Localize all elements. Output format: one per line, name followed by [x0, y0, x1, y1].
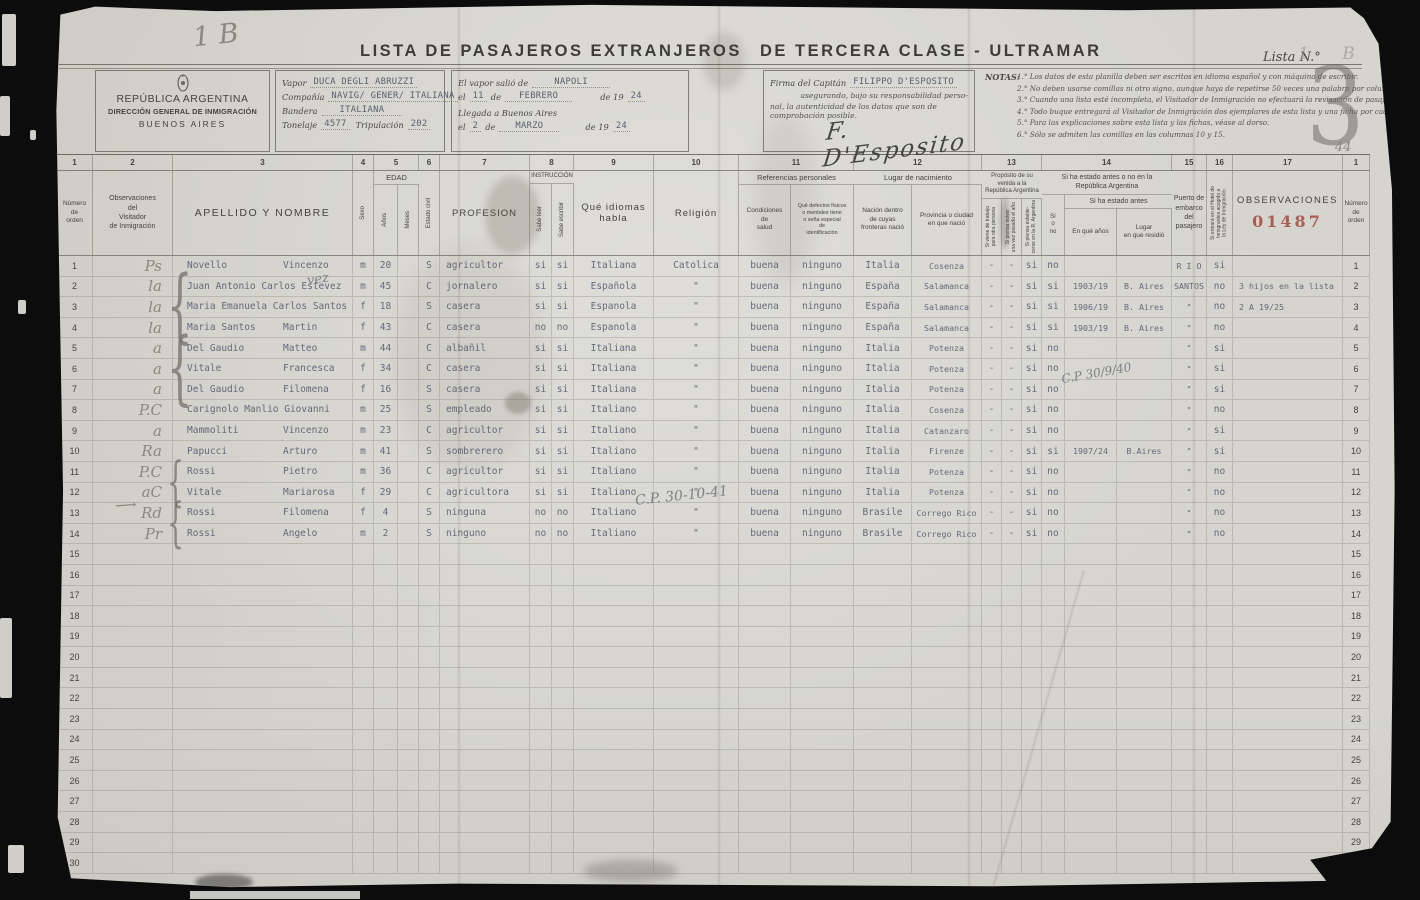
cell-n-right: 22	[1343, 688, 1370, 708]
cell-sx	[353, 791, 374, 811]
cell-df	[791, 586, 854, 606]
cell-an: 20	[374, 256, 398, 276]
cell-le	[530, 668, 552, 688]
cell-n: 10	[57, 441, 93, 461]
cell-pr: Cosenza	[912, 400, 982, 420]
cell-rl	[654, 771, 739, 791]
column-number: 2	[93, 155, 173, 170]
cell-me	[398, 606, 419, 626]
cell-me	[398, 709, 419, 729]
agency-country: REPÚBLICA ARGENTINA	[102, 93, 263, 105]
header-observaciones-visitador: Observaciones del Visitador de Inmigraci…	[93, 171, 173, 255]
column-number: 4	[353, 155, 374, 170]
cell-sa: buena	[739, 297, 791, 317]
cell-n: 19	[57, 627, 93, 647]
cell-si	[1042, 544, 1065, 564]
cell-name: Del GaudioFilomena	[173, 380, 353, 400]
cell-me	[398, 812, 419, 832]
header-sabe-escribir: Sabe escribir	[552, 184, 574, 256]
cell-rl	[654, 647, 739, 667]
cell-obs-visitador: P.C	[93, 462, 173, 482]
cell-obs-visitador	[93, 750, 173, 770]
cell-si: no	[1042, 338, 1065, 358]
llegada-ano: 24	[613, 121, 630, 132]
cell-p2	[1002, 668, 1022, 688]
captain-statement-line1: asegurando, bajo su responsabilidad pers…	[770, 91, 968, 100]
cell-n: 8	[57, 400, 93, 420]
cell-na: Italia	[854, 380, 912, 400]
cell-ec	[419, 668, 440, 688]
salida-label: El vapor salió de	[458, 78, 528, 88]
column-number: 6	[419, 155, 440, 170]
header-numero-orden-right: Número de orden	[1343, 171, 1370, 255]
cell-pt	[1172, 647, 1207, 667]
cell-pf: casera	[440, 359, 530, 379]
cell-ob	[1233, 627, 1343, 647]
cell-na	[854, 606, 912, 626]
cell-pt: "	[1172, 359, 1207, 379]
cell-lu	[1117, 503, 1172, 523]
cell-name	[173, 688, 353, 708]
cell-ht	[1207, 668, 1233, 688]
cell-pt: "	[1172, 338, 1207, 358]
table-row: 3030	[57, 853, 1370, 874]
cell-df	[791, 627, 854, 647]
cell-ec: C	[419, 318, 440, 338]
column-number: 5	[374, 155, 419, 170]
cell-lu	[1117, 647, 1172, 667]
cell-ay	[1065, 462, 1117, 482]
cell-na	[854, 771, 912, 791]
cell-id: Italiano	[574, 421, 654, 441]
cell-ob	[1233, 647, 1343, 667]
llegada-dia: 2	[470, 121, 482, 132]
cell-si: no	[1042, 421, 1065, 441]
cell-p3	[1022, 791, 1042, 811]
header-profesion: PROFESION	[440, 171, 530, 255]
cell-obs-visitador	[93, 730, 173, 750]
cell-n-right: 11	[1343, 462, 1370, 482]
cell-ay	[1065, 524, 1117, 544]
cell-p2	[1002, 853, 1022, 873]
cell-na: España	[854, 318, 912, 338]
cell-le: si	[530, 256, 552, 276]
cell-rl: "	[654, 503, 739, 523]
cell-an	[374, 586, 398, 606]
cell-pf: jornalero	[440, 277, 530, 297]
cell-pt: SANTOS	[1172, 277, 1207, 297]
cell-me	[398, 586, 419, 606]
cell-pf	[440, 544, 530, 564]
salida-puerto: NAPOLI	[532, 77, 610, 88]
cell-rl: "	[654, 483, 739, 503]
cell-p1	[982, 750, 1002, 770]
compania-label: Compañía	[282, 92, 324, 102]
cell-rl	[654, 586, 739, 606]
column-number: 8	[530, 155, 574, 170]
cell-lu	[1117, 771, 1172, 791]
cell-n: 22	[57, 688, 93, 708]
column-number: 1	[1343, 155, 1370, 170]
cell-pr: Catanzaro	[912, 421, 982, 441]
cell-df	[791, 565, 854, 585]
cell-ec: C	[419, 359, 440, 379]
cell-sa	[739, 833, 791, 853]
cell-sx	[353, 565, 374, 585]
cell-es: si	[552, 483, 574, 503]
header-puerto-embarco: Puerto de embarco del pasajero	[1172, 171, 1207, 255]
cell-ob	[1233, 688, 1343, 708]
cell-rl	[654, 688, 739, 708]
cell-ht	[1207, 586, 1233, 606]
cell-id	[574, 709, 654, 729]
cell-id: Italiana	[574, 380, 654, 400]
cell-p3	[1022, 627, 1042, 647]
cell-ht	[1207, 709, 1233, 729]
cell-an	[374, 668, 398, 688]
cell-si: si	[1042, 277, 1065, 297]
cell-rl	[654, 853, 739, 873]
cell-ob: 2 A 19/25	[1233, 297, 1343, 317]
cell-an	[374, 709, 398, 729]
cell-p1: -	[982, 277, 1002, 297]
cell-df: ninguno	[791, 297, 854, 317]
vapor-label: Vapor	[282, 78, 306, 88]
cell-p2	[1002, 688, 1022, 708]
page-number-stamp: 3	[1306, 54, 1364, 162]
compania-value: NAVIG/ GENER/ ITALIANA	[328, 91, 457, 102]
cell-p3	[1022, 833, 1042, 853]
cell-name: Juan Antonio Carlos Estevez	[173, 277, 353, 297]
column-number: 16	[1207, 155, 1233, 170]
cell-sa: buena	[739, 380, 791, 400]
cell-n-right: 17	[1343, 586, 1370, 606]
cell-df	[791, 544, 854, 564]
cell-p1	[982, 586, 1002, 606]
cell-ay	[1065, 256, 1117, 276]
cell-pt: "	[1172, 297, 1207, 317]
cell-obs-visitador	[93, 833, 173, 853]
cell-pr: Potenza	[912, 359, 982, 379]
cell-sa: buena	[739, 277, 791, 297]
cell-pr: Cosenza	[912, 256, 982, 276]
cell-pf	[440, 750, 530, 770]
cell-lu	[1117, 400, 1172, 420]
cell-id	[574, 586, 654, 606]
cell-p2	[1002, 565, 1022, 585]
cell-an: 2	[374, 524, 398, 544]
cell-na	[854, 586, 912, 606]
cell-es	[552, 627, 574, 647]
cell-p3	[1022, 771, 1042, 791]
cell-me	[398, 503, 419, 523]
cell-p2	[1002, 812, 1022, 832]
cell-le: si	[530, 400, 552, 420]
cell-rl	[654, 791, 739, 811]
cell-ht	[1207, 627, 1233, 647]
cell-pt: "	[1172, 318, 1207, 338]
cell-df	[791, 833, 854, 853]
cell-p1	[982, 606, 1002, 626]
header-instruccion-group: INSTRUCCIÓN Sabe leer Sabe escribir	[530, 171, 574, 255]
cell-pt	[1172, 730, 1207, 750]
cell-rl	[654, 709, 739, 729]
agency-box: REPÚBLICA ARGENTINA DIRECCIÓN GENERAL DE…	[95, 70, 270, 152]
cell-ob	[1233, 565, 1343, 585]
cell-pf: ninguno	[440, 524, 530, 544]
cell-lu: B. Aires	[1117, 318, 1172, 338]
cell-obs-visitador	[93, 565, 173, 585]
column-number: 7	[440, 155, 530, 170]
cell-pr	[912, 647, 982, 667]
cell-obs-visitador: Ra	[93, 441, 173, 461]
cell-sx	[353, 647, 374, 667]
cell-id: Italiano	[574, 503, 654, 523]
el-label: el	[458, 92, 466, 102]
cell-lu	[1117, 565, 1172, 585]
cell-df: ninguno	[791, 256, 854, 276]
cell-df: ninguno	[791, 380, 854, 400]
table-row: 2121	[57, 668, 1370, 689]
cell-me	[398, 297, 419, 317]
cell-si	[1042, 627, 1065, 647]
cell-an: 29	[374, 483, 398, 503]
folio-stamp: 01487	[1252, 212, 1323, 231]
cell-pf	[440, 791, 530, 811]
cell-es: no	[552, 524, 574, 544]
cell-p1: -	[982, 318, 1002, 338]
cell-p1: -	[982, 338, 1002, 358]
cell-an: 4	[374, 503, 398, 523]
tonelaje-label: Tonelaje	[282, 120, 317, 130]
column-number: 13	[982, 155, 1042, 170]
cell-p3: si	[1022, 256, 1042, 276]
cell-ay	[1065, 606, 1117, 626]
cell-ht: si	[1207, 256, 1233, 276]
cell-rl: "	[654, 380, 739, 400]
cell-sx: m	[353, 524, 374, 544]
cell-sx: m	[353, 338, 374, 358]
cell-ht: no	[1207, 400, 1233, 420]
header-referencias-group: Referencias personales Condiciones de sa…	[739, 171, 854, 255]
cell-ec	[419, 750, 440, 770]
cell-ob	[1233, 750, 1343, 770]
cell-p3	[1022, 606, 1042, 626]
llegada-mes: MARZO	[499, 121, 559, 132]
cell-me	[398, 256, 419, 276]
cell-me	[398, 833, 419, 853]
cell-pt	[1172, 833, 1207, 853]
cell-me	[398, 380, 419, 400]
cell-sa: buena	[739, 524, 791, 544]
table-row: 1717	[57, 586, 1370, 607]
cell-sa	[739, 812, 791, 832]
cell-le	[530, 833, 552, 853]
header-ha-estado-antes: Si ha estado antes	[1065, 195, 1172, 209]
cell-n-right: 24	[1343, 730, 1370, 750]
cell-obs-visitador	[93, 812, 173, 832]
cell-p2	[1002, 709, 1022, 729]
cell-p2	[1002, 833, 1022, 853]
cell-si: si	[1042, 318, 1065, 338]
cell-ay	[1065, 812, 1117, 832]
cell-na: Brasile	[854, 503, 912, 523]
cell-name	[173, 853, 353, 873]
cell-pr: Potenza	[912, 462, 982, 482]
cell-p1	[982, 812, 1002, 832]
cell-me	[398, 400, 419, 420]
cell-an	[374, 771, 398, 791]
cell-sa	[739, 565, 791, 585]
cell-me	[398, 277, 419, 297]
cell-obs-visitador	[93, 688, 173, 708]
cell-ob	[1233, 503, 1343, 523]
cell-pt: "	[1172, 462, 1207, 482]
cell-p2: -	[1002, 483, 1022, 503]
cell-p1	[982, 730, 1002, 750]
cell-df: ninguno	[791, 483, 854, 503]
cell-lu	[1117, 359, 1172, 379]
cell-me	[398, 421, 419, 441]
column-number: 3	[173, 155, 353, 170]
header-condiciones-salud: Condiciones de salud	[739, 185, 791, 255]
cell-na	[854, 750, 912, 770]
cell-si	[1042, 565, 1065, 585]
cell-n-right: 5	[1343, 338, 1370, 358]
cell-obs-visitador	[93, 709, 173, 729]
cell-ec	[419, 853, 440, 873]
cell-id	[574, 750, 654, 770]
header-nacion: Nación dentro de cuyas fronteras nació	[854, 185, 912, 255]
cell-ht: si	[1207, 359, 1233, 379]
cell-p1	[982, 688, 1002, 708]
cell-ec	[419, 771, 440, 791]
cell-obs-visitador	[93, 544, 173, 564]
cell-id: Espanola	[574, 297, 654, 317]
cell-obs-visitador: la	[93, 297, 173, 317]
cell-ob	[1233, 400, 1343, 420]
cell-ay: 1906/19	[1065, 297, 1117, 317]
cell-es: si	[552, 277, 574, 297]
notes-block: NOTAS: 1.° Los datos de esta planilla de…	[985, 72, 1315, 142]
cell-lu	[1117, 730, 1172, 750]
document-title-left: LISTA DE PASAJEROS EXTRANJEROS	[360, 42, 742, 61]
cell-ec	[419, 544, 440, 564]
cell-n: 1	[57, 256, 93, 276]
cell-an: 36	[374, 462, 398, 482]
cell-ec	[419, 647, 440, 667]
cell-n-right: 16	[1343, 565, 1370, 585]
cell-p3	[1022, 688, 1042, 708]
cell-id: Italiana	[574, 256, 654, 276]
notes-label: NOTAS:	[985, 72, 1020, 82]
cell-n-right: 14	[1343, 524, 1370, 544]
salida-ano: 24	[628, 91, 645, 102]
cell-sa	[739, 771, 791, 791]
cell-df	[791, 853, 854, 873]
cell-si	[1042, 853, 1065, 873]
cell-si: no	[1042, 256, 1065, 276]
cell-ec: S	[419, 256, 440, 276]
cell-p2: -	[1002, 441, 1022, 461]
cell-me	[398, 462, 419, 482]
cell-ob	[1233, 606, 1343, 626]
cell-df	[791, 791, 854, 811]
cell-sa	[739, 606, 791, 626]
cell-pf: casera	[440, 380, 530, 400]
cell-obs-visitador	[93, 668, 173, 688]
cell-lu	[1117, 544, 1172, 564]
cell-pt	[1172, 771, 1207, 791]
cell-n: 21	[57, 668, 93, 688]
tonelaje-value: 4577	[321, 119, 349, 130]
cell-me	[398, 627, 419, 647]
cell-p3: si	[1022, 318, 1042, 338]
cell-lu	[1117, 462, 1172, 482]
cell-name	[173, 812, 353, 832]
header-idiomas: Qué idiomas habla	[574, 171, 654, 255]
cell-ay	[1065, 421, 1117, 441]
cell-rl	[654, 730, 739, 750]
cell-pt	[1172, 709, 1207, 729]
cell-id: Italiano	[574, 524, 654, 544]
cell-an: 43	[374, 318, 398, 338]
cell-name: NovelloVincenzo	[173, 256, 353, 276]
cell-n-right: 23	[1343, 709, 1370, 729]
table-row: 2929	[57, 833, 1370, 854]
cell-ob	[1233, 730, 1343, 750]
cell-sx: m	[353, 441, 374, 461]
cell-rl: "	[654, 441, 739, 461]
cell-le: si	[530, 380, 552, 400]
cell-name	[173, 709, 353, 729]
salida-dia: 11	[470, 91, 487, 102]
cell-n-right: 29	[1343, 833, 1370, 853]
cell-df	[791, 709, 854, 729]
cell-p3: si	[1022, 441, 1042, 461]
cell-n-right: 6	[1343, 359, 1370, 379]
cell-name	[173, 565, 353, 585]
cell-p1: -	[982, 462, 1002, 482]
cell-na: España	[854, 277, 912, 297]
cell-pt	[1172, 853, 1207, 873]
cell-n-right: 7	[1343, 380, 1370, 400]
table-row: 2424	[57, 730, 1370, 751]
column-number: 9	[574, 155, 654, 170]
cell-id: Espanola	[574, 318, 654, 338]
cell-le	[530, 606, 552, 626]
cell-id	[574, 791, 654, 811]
cell-obs-visitador	[93, 627, 173, 647]
cell-name: MammolitiVincenzo	[173, 421, 353, 441]
cell-n: 3	[57, 297, 93, 317]
cell-pt	[1172, 586, 1207, 606]
cell-es: si	[552, 256, 574, 276]
cell-ht	[1207, 730, 1233, 750]
cell-p2	[1002, 730, 1022, 750]
cell-p2	[1002, 544, 1022, 564]
cell-n-right: 12	[1343, 483, 1370, 503]
cell-p1	[982, 647, 1002, 667]
cell-p3	[1022, 812, 1042, 832]
cell-le	[530, 647, 552, 667]
cell-n: 28	[57, 812, 93, 832]
cell-pf	[440, 771, 530, 791]
cell-p3	[1022, 586, 1042, 606]
cell-lu	[1117, 524, 1172, 544]
cell-p2	[1002, 771, 1022, 791]
cell-pr	[912, 750, 982, 770]
